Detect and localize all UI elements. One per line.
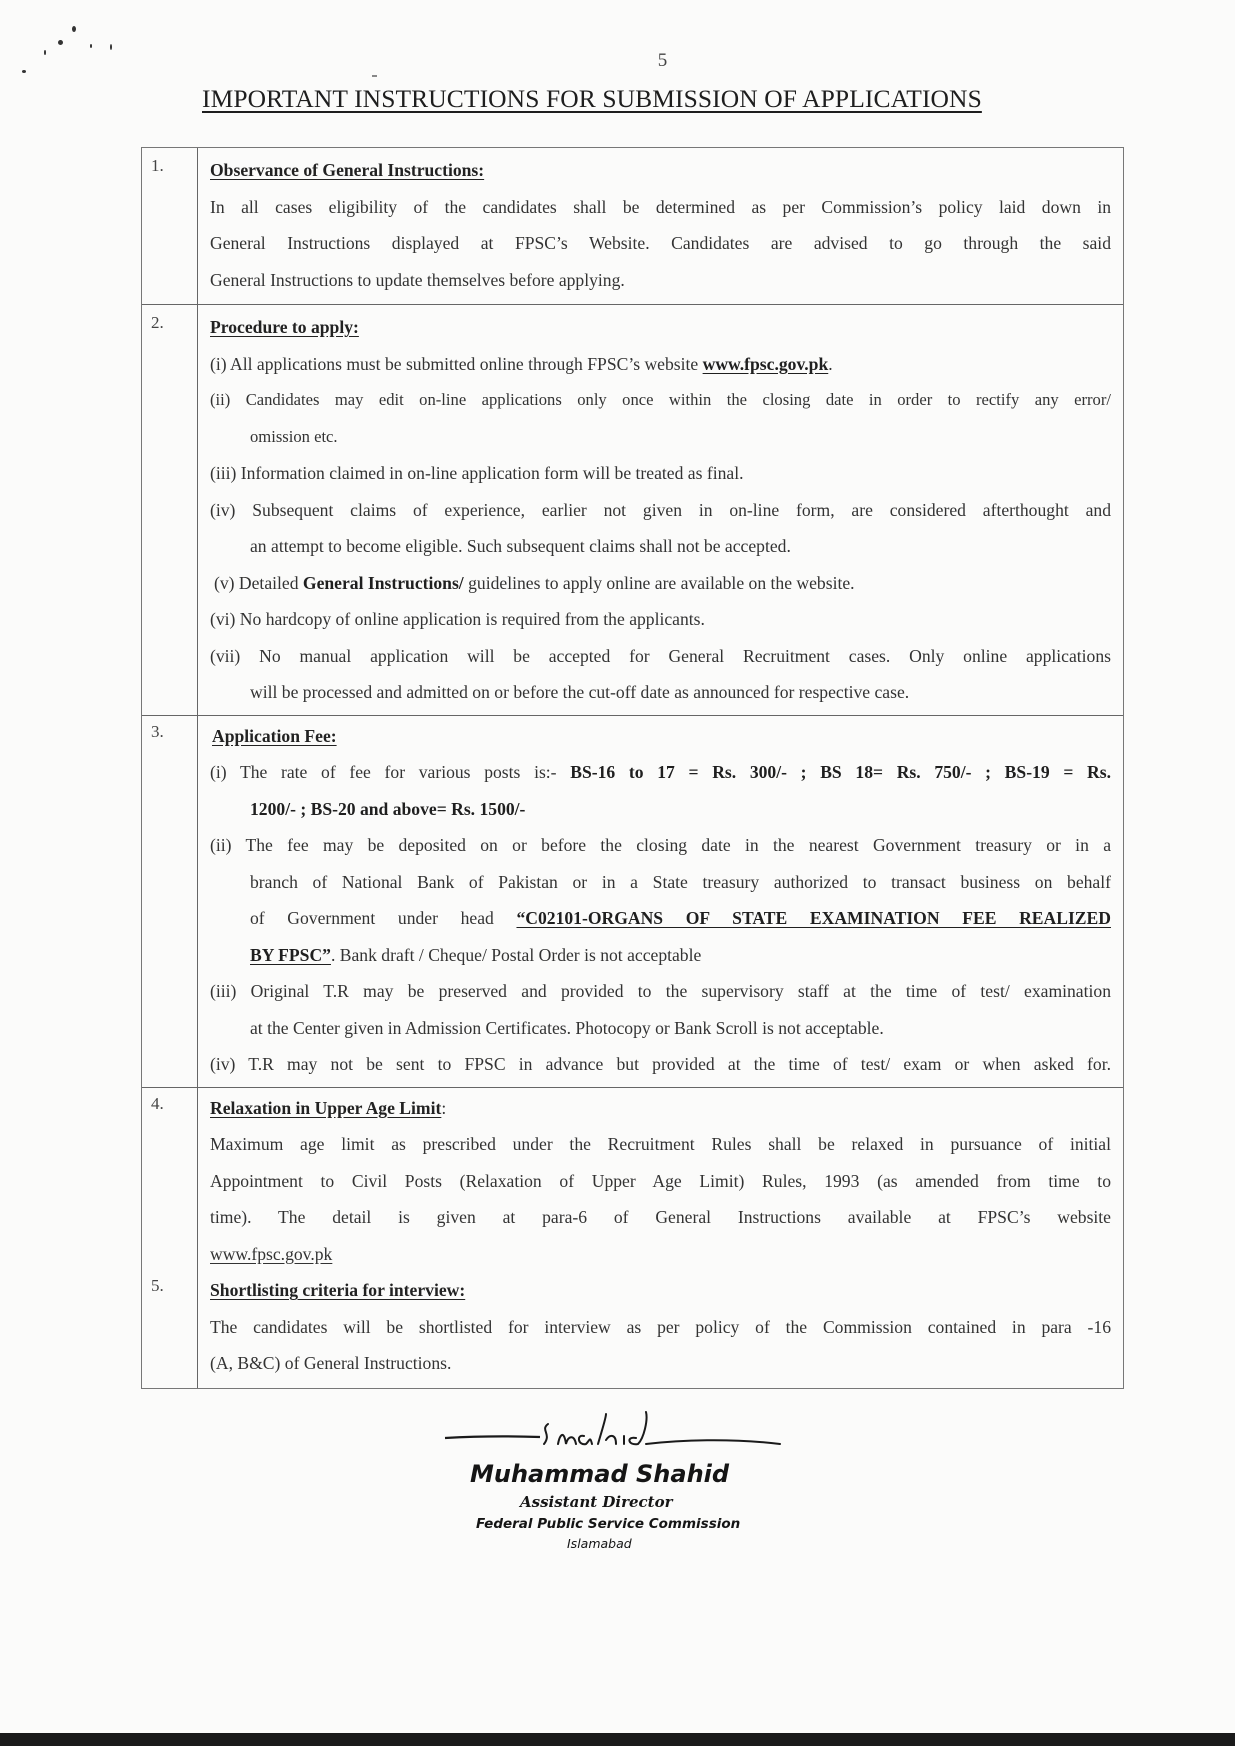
- list-item: (iv) Subsequent claims of experience, ea…: [210, 492, 1111, 529]
- paragraph-line: General Instructions displayed at FPSC’s…: [210, 225, 1111, 262]
- list-item: (iii) Original T.R may be preserved and …: [210, 973, 1111, 1010]
- fee-rates: 1200/- ; BS-20 and above= Rs. 1500/-: [250, 799, 525, 819]
- page-number: 5: [0, 50, 1235, 72]
- handwritten-signature: Shahid: [440, 1400, 860, 1460]
- scan-edge: [0, 1733, 1235, 1746]
- list-item: (i) The rate of fee for various posts is…: [210, 754, 1111, 791]
- signatory-city: Islamabad: [567, 1536, 632, 1551]
- list-item: (i) All applications must be submitted o…: [210, 346, 1111, 383]
- list-item-continuation: will be processed and admitted on or bef…: [210, 674, 1111, 711]
- list-item-continuation: an attempt to become eligible. Such subs…: [210, 528, 1111, 565]
- section-application-fee: 3. Application Fee: (i) The rate of fee …: [142, 716, 1123, 1088]
- website-link[interactable]: www.fpsc.gov.pk: [210, 1244, 332, 1264]
- section-heading: Observance of General Instructions:: [210, 160, 484, 180]
- list-item-continuation: at the Center given in Admission Certifi…: [210, 1010, 1111, 1047]
- section-number: 5.: [151, 1276, 164, 1296]
- section-number: 4.: [151, 1094, 164, 1114]
- list-item-continuation: BY FPSC”. Bank draft / Cheque/ Postal Or…: [210, 937, 1111, 974]
- section-shortlisting: 5. Shortlisting criteria for interview: …: [142, 1272, 1123, 1388]
- paragraph-line: General Instructions to update themselve…: [210, 262, 1111, 299]
- list-item: (vi) No hardcopy of online application i…: [210, 601, 1111, 638]
- website-link[interactable]: www.fpsc.gov.pk: [703, 354, 829, 374]
- fee-rates: BS-16 to 17 = Rs. 300/- ; BS 18= Rs. 750…: [570, 762, 1111, 782]
- list-item-continuation: branch of National Bank of Pakistan or i…: [210, 864, 1111, 901]
- paragraph-line: Appointment to Civil Posts (Relaxation o…: [210, 1163, 1111, 1200]
- list-item-continuation: omission etc.: [210, 419, 1111, 456]
- list-item: (vii) No manual application will be acce…: [210, 638, 1111, 675]
- page-title: IMPORTANT INSTRUCTIONS FOR SUBMISSION OF…: [202, 84, 1092, 114]
- section-heading: Shortlisting criteria for interview:: [210, 1280, 465, 1300]
- section-number: 2.: [151, 313, 164, 333]
- signatory-organization: Federal Public Service Commission: [476, 1516, 740, 1532]
- signatory-designation: Assistant Director: [520, 1493, 673, 1511]
- instructions-table: 1. Observance of General Instructions: I…: [141, 147, 1124, 1389]
- section-observance: 1. Observance of General Instructions: I…: [142, 148, 1123, 305]
- budget-head: BY FPSC”: [250, 945, 331, 965]
- list-item-continuation: of Government under head “C02101-ORGANS …: [210, 900, 1111, 937]
- list-item: (iii) Information claimed in on-line app…: [210, 455, 1111, 492]
- list-item-continuation: 1200/- ; BS-20 and above= Rs. 1500/-: [210, 791, 1111, 828]
- section-procedure: 2. Procedure to apply: (i) All applicati…: [142, 305, 1123, 716]
- section-number: 1.: [151, 156, 164, 176]
- list-item: (ii) The fee may be deposited on or befo…: [210, 827, 1111, 864]
- list-item: (v) Detailed General Instructions/ guide…: [210, 565, 1111, 602]
- paragraph-line: (A, B&C) of General Instructions.: [210, 1345, 1111, 1382]
- section-heading: Relaxation in Upper Age Limit: [210, 1098, 441, 1118]
- paragraph-line: The candidates will be shortlisted for i…: [210, 1309, 1111, 1346]
- section-age-relaxation: 4. Relaxation in Upper Age Limit: Maximu…: [142, 1088, 1123, 1273]
- section-number: 3.: [151, 722, 164, 742]
- scan-mark: [372, 75, 377, 77]
- paragraph-line: Maximum age limit as prescribed under th…: [210, 1126, 1111, 1163]
- list-item: (ii) Candidates may edit on-line applica…: [210, 382, 1111, 419]
- section-heading: Procedure to apply:: [210, 317, 359, 337]
- section-heading: Application Fee:: [212, 726, 337, 746]
- paragraph-line: In all cases eligibility of the candidat…: [210, 189, 1111, 226]
- list-item: (iv) T.R may not be sent to FPSC in adva…: [210, 1046, 1111, 1083]
- budget-head: “C02101-ORGANS OF STATE EXAMINATION FEE …: [516, 908, 1111, 928]
- signatory-name: Muhammad Shahid: [470, 1460, 729, 1488]
- paragraph-line: time). The detail is given at para-6 of …: [210, 1199, 1111, 1236]
